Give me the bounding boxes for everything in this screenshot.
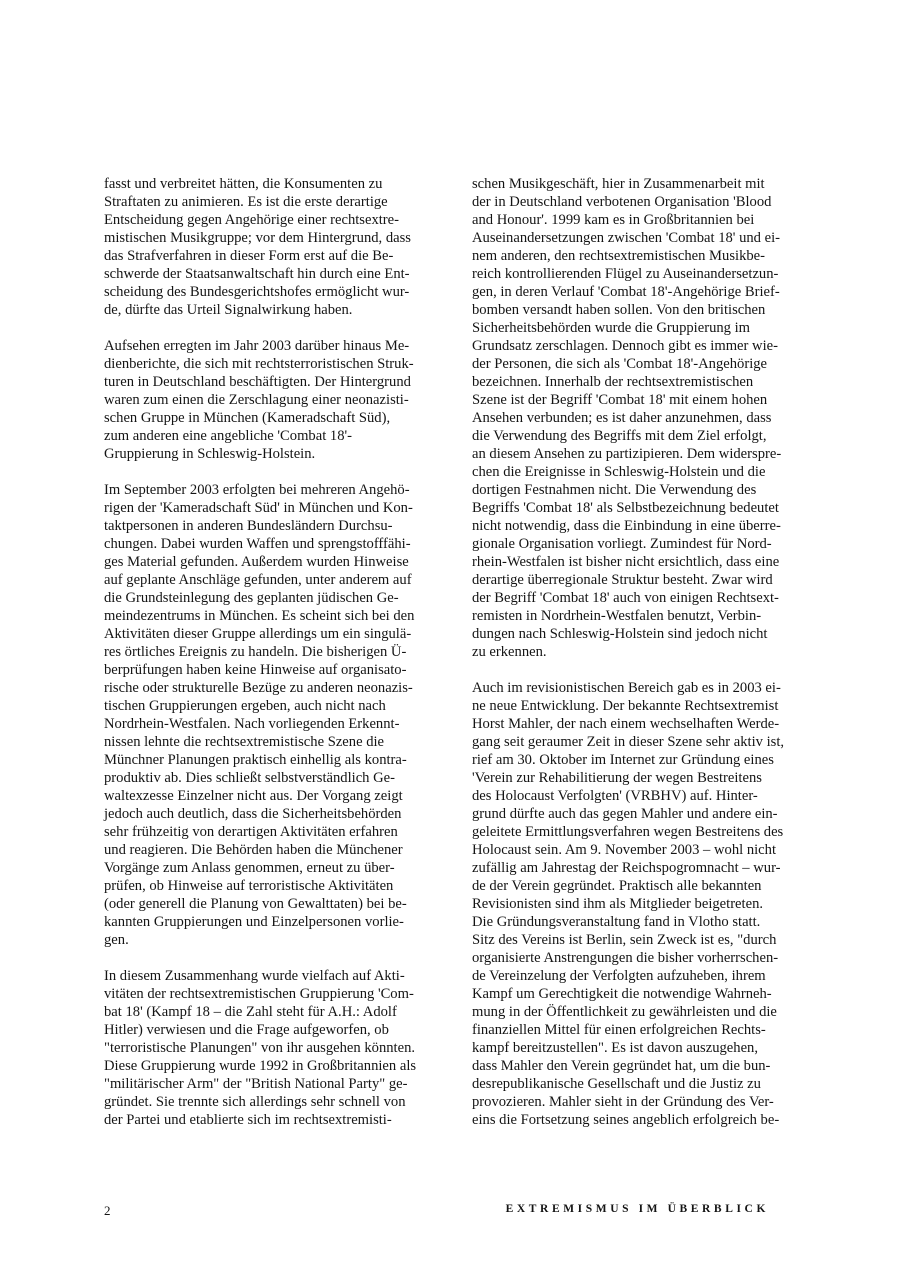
text-line: ne neue Entwicklung. Der bekannte Rechts… xyxy=(472,697,817,715)
text-line: eins die Fortsetzung seines angeblich er… xyxy=(472,1111,817,1129)
text-line: scheidung des Bundesgerichtshofes ermögl… xyxy=(104,283,434,301)
text-line: geleitete Ermittlungsverfahren wegen Bes… xyxy=(472,823,817,841)
text-line: mistischen Musikgruppe; vor dem Hintergr… xyxy=(104,229,434,247)
text-line: Nordrhein-Westfalen. Nach vorliegenden E… xyxy=(104,715,434,733)
text-line: Straftaten zu animieren. Es ist die erst… xyxy=(104,193,434,211)
text-line: produktiv ab. Dies schließt selbstverstä… xyxy=(104,769,434,787)
text-line: Revisionisten sind ihm als Mitglieder be… xyxy=(472,895,817,913)
text-line: tischen Gruppierungen ergeben, auch nich… xyxy=(104,697,434,715)
text-line: waren zum einen die Zerschlagung einer n… xyxy=(104,391,434,409)
text-line: und reagieren. Die Behörden haben die Mü… xyxy=(104,841,434,859)
text-line: der Partei und etablierte sich im rechts… xyxy=(104,1111,434,1129)
text-line: zum anderen eine angebliche 'Combat 18'- xyxy=(104,427,434,445)
text-line: fasst und verbreitet hätten, die Konsume… xyxy=(104,175,434,193)
text-line: dienberichte, die sich mit rechtsterrori… xyxy=(104,355,434,373)
text-line: sehr frühzeitig von derartigen Aktivität… xyxy=(104,823,434,841)
text-line: gang seit geraumer Zeit in dieser Szene … xyxy=(472,733,817,751)
text-line: finanziellen Mittel für einen erfolgreic… xyxy=(472,1021,817,1039)
text-line: kampf bereitzustellen". Es ist davon aus… xyxy=(472,1039,817,1057)
running-title: EXTREMISMUS IM ÜBERBLICK xyxy=(506,1203,769,1215)
text-line: Auch im revisionistischen Bereich gab es… xyxy=(472,679,817,697)
text-line: schen Musikgeschäft, hier in Zusammenarb… xyxy=(472,175,817,193)
text-line: grund dürfte auch das gegen Mahler und a… xyxy=(472,805,817,823)
text-line: Holocaust sein. Am 9. November 2003 – wo… xyxy=(472,841,817,859)
text-line: kannten Gruppierungen und Einzelpersonen… xyxy=(104,913,434,931)
text-line: die Verwendung des Begriffs mit dem Ziel… xyxy=(472,427,817,445)
text-line: nem anderen, den rechtsextremistischen M… xyxy=(472,247,817,265)
text-line: "militärischer Arm" der "British Nationa… xyxy=(104,1075,434,1093)
text-line: Auseinandersetzungen zwischen 'Combat 18… xyxy=(472,229,817,247)
text-line: remisten in Nordrhein-Westfalen benutzt,… xyxy=(472,607,817,625)
text-line: taktpersonen in anderen Bundesländern Du… xyxy=(104,517,434,535)
text-line: provozieren. Mahler sieht in der Gründun… xyxy=(472,1093,817,1111)
paragraph-gap xyxy=(104,319,434,337)
text-line: Grundsatz zerschlagen. Dennoch gibt es i… xyxy=(472,337,817,355)
text-line: mung in der Öffentlichkeit zu gewährleis… xyxy=(472,1003,817,1021)
text-line: turen in Deutschland beschäftigten. Der … xyxy=(104,373,434,391)
paragraph: In diesem Zusammenhang wurde vielfach au… xyxy=(104,967,434,1129)
text-line: Sicherheitsbehörden wurde die Gruppierun… xyxy=(472,319,817,337)
text-line: Begriffs 'Combat 18' als Selbstbezeichnu… xyxy=(472,499,817,517)
text-line: rhein-Westfalen ist bisher nicht ersicht… xyxy=(472,553,817,571)
text-line: chungen. Dabei wurden Waffen und sprengs… xyxy=(104,535,434,553)
text-line: Aktivitäten dieser Gruppe allerdings um … xyxy=(104,625,434,643)
text-line: Aufsehen erregten im Jahr 2003 darüber h… xyxy=(104,337,434,355)
text-line: gionale Organisation vorliegt. Zumindest… xyxy=(472,535,817,553)
text-line: rief am 30. Oktober im Internet zur Grün… xyxy=(472,751,817,769)
text-line: nissen lehnte die rechtsextremistische S… xyxy=(104,733,434,751)
paragraph-gap xyxy=(472,661,817,679)
text-line: rigen der 'Kameradschaft Süd' in München… xyxy=(104,499,434,517)
paragraph: Auch im revisionistischen Bereich gab es… xyxy=(472,679,817,1129)
text-line: Münchner Planungen praktisch einhellig a… xyxy=(104,751,434,769)
text-line: Vorgänge zum Anlass genommen, erneut zu … xyxy=(104,859,434,877)
text-line: de der Verein gegründet. Praktisch alle … xyxy=(472,877,817,895)
text-line: waltexzesse Einzelner nicht aus. Der Vor… xyxy=(104,787,434,805)
text-line: der in Deutschland verbotenen Organisati… xyxy=(472,193,817,211)
text-line: zu erkennen. xyxy=(472,643,817,661)
paragraph: fasst und verbreitet hätten, die Konsume… xyxy=(104,175,434,319)
text-line: In diesem Zusammenhang wurde vielfach au… xyxy=(104,967,434,985)
paragraph: Aufsehen erregten im Jahr 2003 darüber h… xyxy=(104,337,434,463)
text-line: de Vereinzelung der Verfolgten aufzuhebe… xyxy=(472,967,817,985)
text-line: schwerde der Staatsanwaltschaft hin durc… xyxy=(104,265,434,283)
text-line: zufällig am Jahrestag der Reichspogromna… xyxy=(472,859,817,877)
text-line: das Strafverfahren in dieser Form erst a… xyxy=(104,247,434,265)
text-line: bezeichnen. Innerhalb der rechtsextremis… xyxy=(472,373,817,391)
text-line: gründet. Sie trennte sich allerdings seh… xyxy=(104,1093,434,1111)
text-line: Entscheidung gegen Angehörige einer rech… xyxy=(104,211,434,229)
text-line: "terroristische Planungen" von ihr ausge… xyxy=(104,1039,434,1057)
text-line: Ansehen verbunden; es ist daher anzunehm… xyxy=(472,409,817,427)
text-line: Sitz des Vereins ist Berlin, sein Zweck … xyxy=(472,931,817,949)
paragraph: Im September 2003 erfolgten bei mehreren… xyxy=(104,481,434,949)
text-line: chen die Ereignisse in Schleswig-Holstei… xyxy=(472,463,817,481)
paragraph: schen Musikgeschäft, hier in Zusammenarb… xyxy=(472,175,817,661)
text-line: die Grundsteinlegung des geplanten jüdis… xyxy=(104,589,434,607)
text-line: Diese Gruppierung wurde 1992 in Großbrit… xyxy=(104,1057,434,1075)
text-line: jedoch auch deutlich, dass die Sicherhei… xyxy=(104,805,434,823)
text-line: nicht notwendig, dass die Einbindung in … xyxy=(472,517,817,535)
text-line: der Begriff 'Combat 18' auch von einigen… xyxy=(472,589,817,607)
paragraph-gap xyxy=(104,463,434,481)
paragraph-gap xyxy=(104,949,434,967)
text-line: vitäten der rechtsextremistischen Gruppi… xyxy=(104,985,434,1003)
text-line: dungen nach Schleswig-Holstein sind jedo… xyxy=(472,625,817,643)
text-line: Kampf um Gerechtigkeit die notwendige Wa… xyxy=(472,985,817,1003)
text-line: desrepublikanische Gesellschaft und die … xyxy=(472,1075,817,1093)
text-line: 'Verein zur Rehabilitierung der wegen Be… xyxy=(472,769,817,787)
text-line: Im September 2003 erfolgten bei mehreren… xyxy=(104,481,434,499)
text-line: schen Gruppe in München (Kameradschaft S… xyxy=(104,409,434,427)
text-line: Horst Mahler, der nach einem wechselhaft… xyxy=(472,715,817,733)
text-line: der Personen, die sich als 'Combat 18'-A… xyxy=(472,355,817,373)
text-line: prüfen, ob Hinweise auf terroristische A… xyxy=(104,877,434,895)
text-line: Szene ist der Begriff 'Combat 18' mit ei… xyxy=(472,391,817,409)
text-line: bat 18' (Kampf 18 – die Zahl steht für A… xyxy=(104,1003,434,1021)
left-column: fasst und verbreitet hätten, die Konsume… xyxy=(104,175,434,1129)
text-line: rische oder strukturelle Bezüge zu ander… xyxy=(104,679,434,697)
right-column: schen Musikgeschäft, hier in Zusammenarb… xyxy=(472,175,817,1129)
text-line: meindezentrums in München. Es scheint si… xyxy=(104,607,434,625)
text-line: reich kontrollierenden Flügel zu Auseina… xyxy=(472,265,817,283)
page-number: 2 xyxy=(104,1203,111,1219)
text-line: derartige überregionale Struktur besteht… xyxy=(472,571,817,589)
text-line: gen, in deren Verlauf 'Combat 18'-Angehö… xyxy=(472,283,817,301)
text-line: de, dürfte das Urteil Signalwirkung habe… xyxy=(104,301,434,319)
text-line: and Honour'. 1999 kam es in Großbritanni… xyxy=(472,211,817,229)
text-line: Gruppierung in Schleswig-Holstein. xyxy=(104,445,434,463)
text-line: gen. xyxy=(104,931,434,949)
text-line: dass Mahler den Verein gegründet hat, um… xyxy=(472,1057,817,1075)
text-line: auf geplante Anschläge gefunden, unter a… xyxy=(104,571,434,589)
text-line: Die Gründungsveranstaltung fand in Vloth… xyxy=(472,913,817,931)
text-line: Hitler) verwiesen und die Frage aufgewor… xyxy=(104,1021,434,1039)
text-line: bomben versandt haben sollen. Von den br… xyxy=(472,301,817,319)
text-line: res örtliches Ereignis zu handeln. Die b… xyxy=(104,643,434,661)
text-line: an diesem Ansehen zu partizipieren. Dem … xyxy=(472,445,817,463)
text-line: (oder generell die Planung von Gewalttat… xyxy=(104,895,434,913)
text-line: des Holocaust Verfolgten' (VRBHV) auf. H… xyxy=(472,787,817,805)
text-line: dortigen Festnahmen nicht. Die Verwendun… xyxy=(472,481,817,499)
text-line: organisierte Anstrengungen die bisher vo… xyxy=(472,949,817,967)
text-line: ges Material gefunden. Außerdem wurden H… xyxy=(104,553,434,571)
text-line: berprüfungen haben keine Hinweise auf or… xyxy=(104,661,434,679)
